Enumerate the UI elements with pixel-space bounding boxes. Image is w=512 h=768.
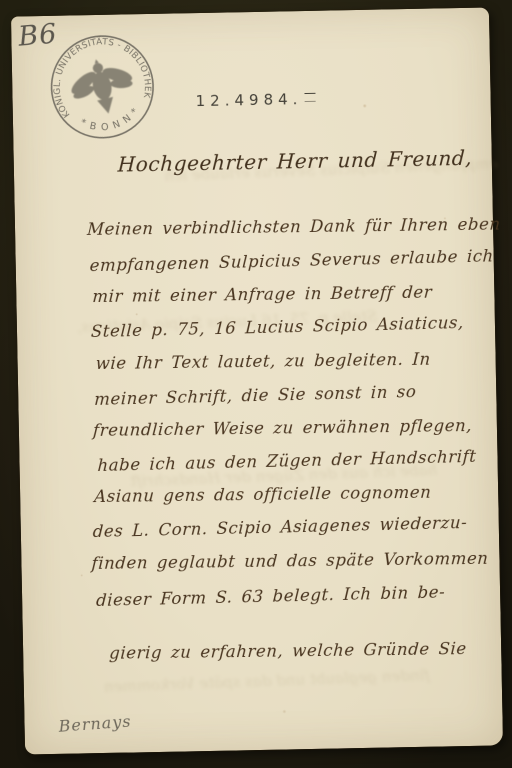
accession-dash-mark: [304, 92, 315, 101]
bleedthrough-text: finden geglaubt und das späte Vorkommen: [104, 666, 430, 696]
pencil-name-annotation: Bernays: [58, 712, 132, 736]
letter-line: dieser Form S. 63 belegt. Ich bin be-: [96, 582, 446, 610]
letter-line: Stelle p. 75, 16 Lucius Scipio Asiaticus…: [91, 313, 465, 341]
letter-line: meiner Schrift, die Sie sonst in so: [94, 382, 417, 409]
letter-line: finden geglaubt und das späte Vorkommen: [91, 549, 489, 573]
accession-number-stamp: 12.4984.: [195, 90, 315, 110]
stamp-text-bottom: * B O N N *: [76, 104, 144, 139]
letter-line: Asianu gens das officielle cognomen: [94, 483, 432, 506]
svg-text:* B O N N *: * B O N N *: [76, 104, 144, 139]
letter-line: des L. Corn. Scipio Asiagenes wiederzu-: [92, 513, 467, 541]
accession-number: 12.4984.: [195, 90, 302, 110]
letter-paper: B6 KÖNIGL. UNIVERSITÄTS - BIBLIOTHEK * B…: [11, 7, 503, 754]
letter-line: empfangenen Sulpicius Severus erlaube ic…: [89, 246, 494, 275]
letter-line: habe ich aus den Zügen der Handschrift: [97, 447, 477, 475]
letter-line: mir mit einer Anfrage in Betreff der: [92, 283, 433, 306]
library-stamp: KÖNIGL. UNIVERSITÄTS - BIBLIOTHEK * B O …: [23, 8, 181, 166]
letter-line: wie Ihr Text lautet, zu begleiten. In: [95, 350, 431, 373]
letter-line: gierig zu erfahren, welche Gründe Sie: [109, 639, 468, 663]
letter-salutation: Hochgeehrter Herr und Freund,: [117, 146, 473, 177]
letter-line: Meinen verbindlichsten Dank für Ihren eb…: [87, 215, 502, 239]
letter-line: freundlicher Weise zu erwähnen pflegen,: [92, 416, 472, 440]
